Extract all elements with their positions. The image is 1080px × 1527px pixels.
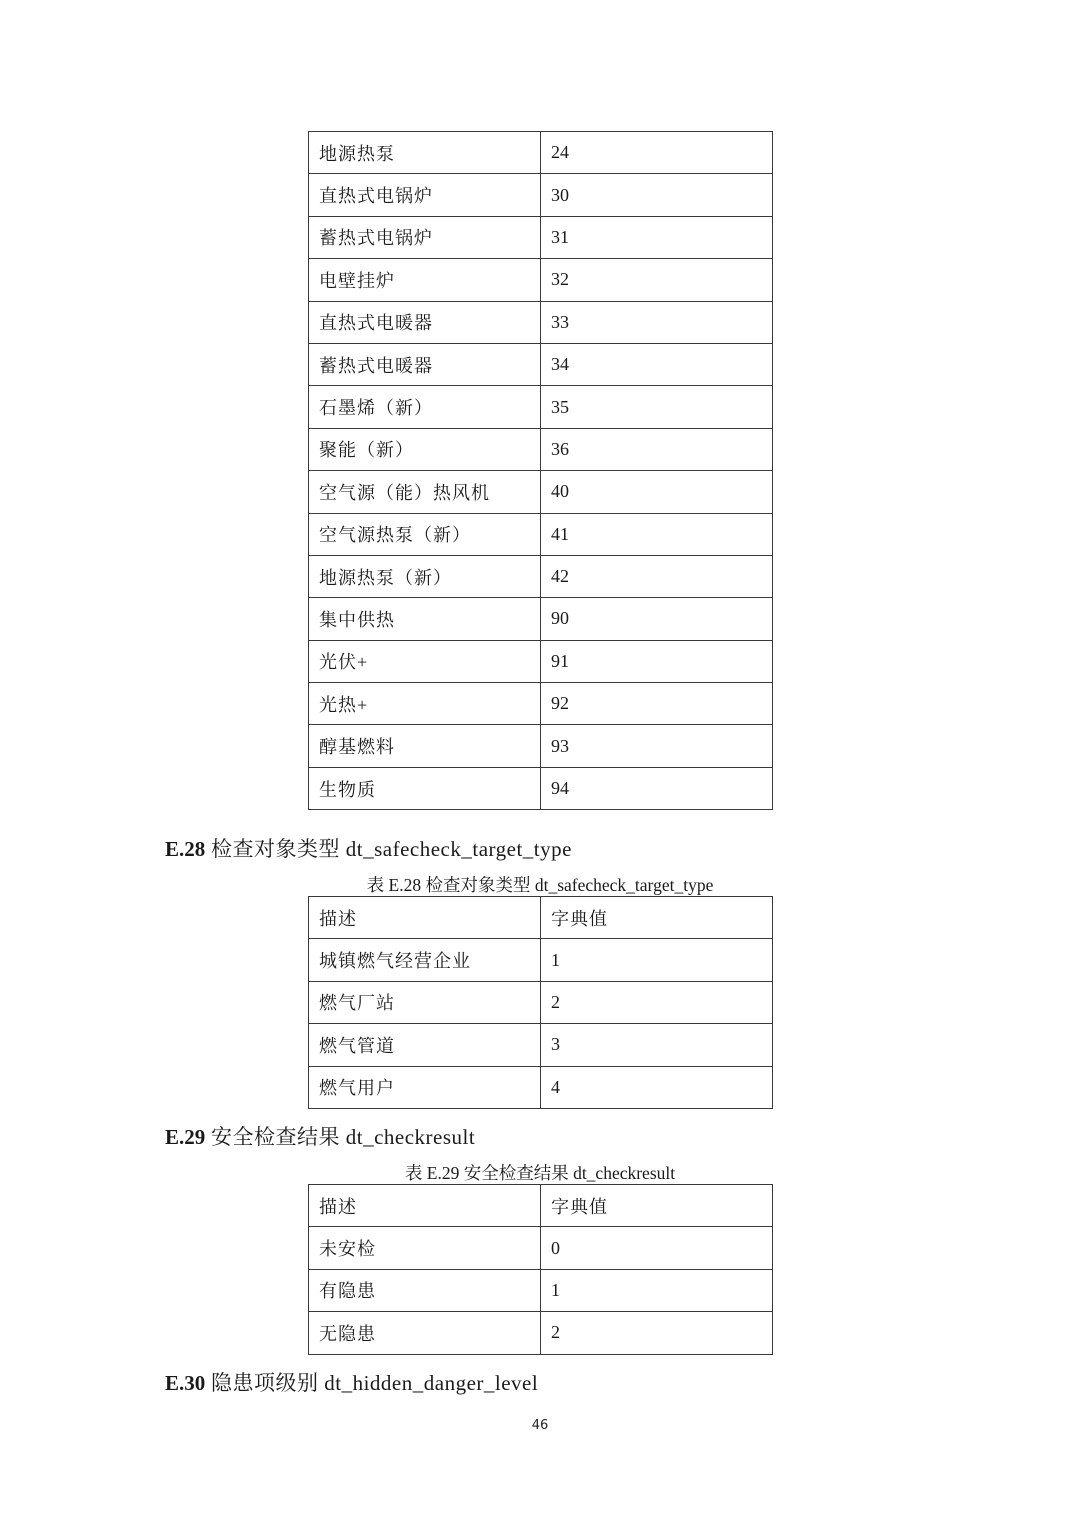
desc-cell: 有隐患 (309, 1269, 541, 1311)
value-cell: 4 (541, 1066, 773, 1108)
value-cell: 40 (541, 471, 773, 513)
desc-cell: 蓄热式电暖器 (309, 343, 541, 385)
table-row: 城镇燃气经营企业1 (309, 939, 773, 981)
value-cell: 42 (541, 555, 773, 597)
value-cell: 94 (541, 767, 773, 809)
value-cell: 30 (541, 174, 773, 216)
section-title: 安全检查结果 dt_checkresult (205, 1125, 475, 1149)
section-title: 检查对象类型 dt_safecheck_target_type (205, 837, 572, 861)
desc-cell: 醇基燃料 (309, 725, 541, 767)
table-row: 生物质94 (309, 767, 773, 809)
table-header-row: 描述字典值 (309, 1185, 773, 1227)
desc-cell: 电壁挂炉 (309, 259, 541, 301)
value-cell: 24 (541, 132, 773, 174)
value-cell: 35 (541, 386, 773, 428)
table-caption-e28: 表 E.28 检查对象类型 dt_safecheck_target_type (308, 872, 772, 897)
value-cell: 92 (541, 683, 773, 725)
desc-cell: 燃气用户 (309, 1066, 541, 1108)
desc-cell: 地源热泵（新） (309, 555, 541, 597)
table-row: 未安检0 (309, 1227, 773, 1269)
header-value: 字典值 (541, 1185, 773, 1227)
value-cell: 33 (541, 301, 773, 343)
header-desc: 描述 (309, 1185, 541, 1227)
value-cell: 90 (541, 598, 773, 640)
table-row: 聚能（新）36 (309, 428, 773, 470)
section-title: 隐患项级别 dt_hidden_danger_level (205, 1371, 538, 1395)
value-cell: 93 (541, 725, 773, 767)
value-cell: 36 (541, 428, 773, 470)
desc-cell: 空气源（能）热风机 (309, 471, 541, 513)
value-cell: 41 (541, 513, 773, 555)
table-row: 空气源热泵（新）41 (309, 513, 773, 555)
desc-cell: 地源热泵 (309, 132, 541, 174)
value-cell: 34 (541, 343, 773, 385)
value-cell: 0 (541, 1227, 773, 1269)
section-number: E.30 (165, 1371, 205, 1395)
desc-cell: 城镇燃气经营企业 (309, 939, 541, 981)
table-row: 有隐患1 (309, 1269, 773, 1311)
desc-cell: 燃气厂站 (309, 981, 541, 1023)
desc-cell: 聚能（新） (309, 428, 541, 470)
checkresult-table: 描述字典值 未安检0 有隐患1 无隐患2 (308, 1184, 773, 1355)
section-number: E.29 (165, 1125, 205, 1149)
desc-cell: 无隐患 (309, 1312, 541, 1354)
desc-cell: 石墨烯（新） (309, 386, 541, 428)
value-cell: 31 (541, 216, 773, 258)
value-cell: 32 (541, 259, 773, 301)
desc-cell: 光伏+ (309, 640, 541, 682)
table-row: 蓄热式电暖器34 (309, 343, 773, 385)
table-row: 地源热泵（新）42 (309, 555, 773, 597)
page-number: 46 (0, 1418, 1080, 1433)
safecheck-target-type-table: 描述字典值 城镇燃气经营企业1 燃气厂站2 燃气管道3 燃气用户4 (308, 896, 773, 1109)
table-row: 直热式电锅炉30 (309, 174, 773, 216)
value-cell: 2 (541, 981, 773, 1023)
table-row: 燃气管道3 (309, 1024, 773, 1066)
section-heading-e29: E.29 安全检查结果 dt_checkresult (165, 1121, 475, 1151)
table-row: 电壁挂炉32 (309, 259, 773, 301)
header-value: 字典值 (541, 897, 773, 939)
table-row: 燃气厂站2 (309, 981, 773, 1023)
desc-cell: 未安检 (309, 1227, 541, 1269)
table-row: 集中供热90 (309, 598, 773, 640)
desc-cell: 蓄热式电锅炉 (309, 216, 541, 258)
desc-cell: 直热式电锅炉 (309, 174, 541, 216)
value-cell: 1 (541, 1269, 773, 1311)
desc-cell: 集中供热 (309, 598, 541, 640)
value-cell: 2 (541, 1312, 773, 1354)
table-header-row: 描述字典值 (309, 897, 773, 939)
table-row: 地源热泵24 (309, 132, 773, 174)
table-row: 空气源（能）热风机40 (309, 471, 773, 513)
section-heading-e28: E.28 检查对象类型 dt_safecheck_target_type (165, 833, 572, 863)
table-row: 石墨烯（新）35 (309, 386, 773, 428)
section-number: E.28 (165, 837, 205, 861)
table-row: 蓄热式电锅炉31 (309, 216, 773, 258)
table-row: 光伏+91 (309, 640, 773, 682)
table-row: 燃气用户4 (309, 1066, 773, 1108)
header-desc: 描述 (309, 897, 541, 939)
table-caption-e29: 表 E.29 安全检查结果 dt_checkresult (308, 1160, 772, 1185)
desc-cell: 空气源热泵（新） (309, 513, 541, 555)
section-heading-e30: E.30 隐患项级别 dt_hidden_danger_level (165, 1367, 538, 1397)
value-cell: 1 (541, 939, 773, 981)
desc-cell: 生物质 (309, 767, 541, 809)
table-row: 无隐患2 (309, 1312, 773, 1354)
table-row: 直热式电暖器33 (309, 301, 773, 343)
value-cell: 3 (541, 1024, 773, 1066)
desc-cell: 燃气管道 (309, 1024, 541, 1066)
heating-type-table-continued: 地源热泵24 直热式电锅炉30 蓄热式电锅炉31 电壁挂炉32 直热式电暖器33… (308, 131, 773, 810)
table-row: 光热+92 (309, 683, 773, 725)
table-row: 醇基燃料93 (309, 725, 773, 767)
desc-cell: 光热+ (309, 683, 541, 725)
desc-cell: 直热式电暖器 (309, 301, 541, 343)
value-cell: 91 (541, 640, 773, 682)
